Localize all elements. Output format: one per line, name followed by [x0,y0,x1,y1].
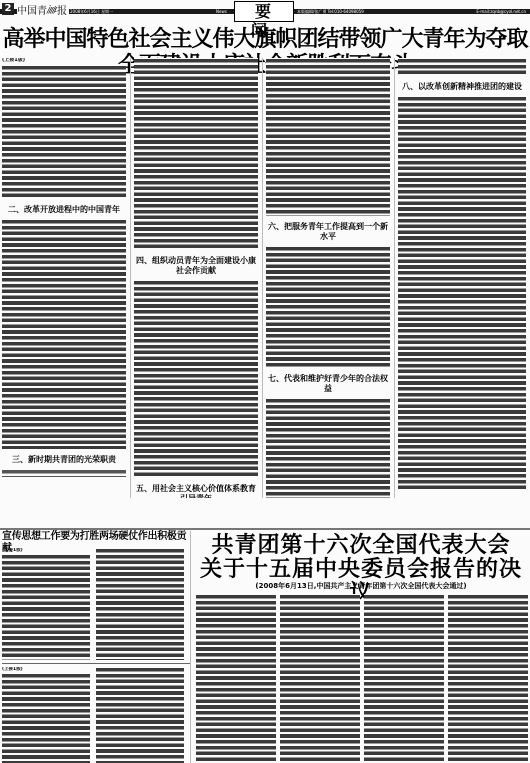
page-number: 2 [2,3,14,15]
second-article-column-2 [96,548,184,660]
body-text [364,594,444,763]
resolution-column-1 [196,594,276,763]
resolution-column-4 [448,594,528,763]
column-rule [130,58,131,498]
column-rule [262,58,263,498]
body-text [2,219,126,449]
editor-email: E-mail:zqnb@cyol.net.cn [476,8,526,15]
column-rule [190,531,191,763]
resolution-subtitle: (2008年6月13日,中国共产主义青年团第十六次全国代表大会通过) [192,582,530,591]
body-text [134,280,258,478]
body-text [2,65,126,199]
article-column-2: 四、组织动员青年为全面建设小康社会作贡献 五、用社会主义核心价值体系教育引导青年 [134,58,258,498]
issue-date: 2008年6月16日 星期一 [70,8,113,15]
main-article-body: (上接1版) 二、改革开放进程中的中国青年 三、新时期共青团的光荣职责 四、组织… [2,58,528,498]
section-heading-6: 六、把服务青年工作提高到一个新水平 [266,222,390,242]
body-text [134,58,258,250]
editor-contact: 本版编辑/张广勇 Tel:010-64098059 [297,8,364,15]
body-text [196,594,276,763]
body-text [280,594,360,763]
article-column-3: 六、把服务青年工作提高到一个新水平 七、代表和维护好青少年的合法权益 [266,58,390,498]
section-heading-3: 三、新时期共青团的光荣职责 [2,455,126,465]
article-divider [2,663,190,664]
body-text [2,469,126,477]
paper-logo: 中国青年报 [17,2,69,17]
section-heading-7: 七、代表和维护好青少年的合法权益 [266,374,390,394]
column-rule [394,58,395,498]
body-text [96,548,184,660]
section-heading-4: 四、组织动员青年为全面建设小康社会作贡献 [134,256,258,276]
second-article-column-1: (上接1版) [2,548,90,660]
resolution-column-2 [280,594,360,763]
newspaper-page: 2 中国青年报 ///// 2008年6月16日 星期一 News 要闻 本版编… [0,0,530,763]
body-text [398,58,526,76]
masthead: 2 中国青年报 ///// 2008年6月16日 星期一 News 要闻 本版编… [0,0,530,22]
resolution-title-line-1: 共青团第十六次全国代表大会 [192,534,530,558]
slash-decoration: ///// [47,6,55,15]
section-title: 要闻 [234,1,294,22]
body-text [398,96,526,490]
body-text [2,673,90,763]
body-text [448,594,528,763]
third-article-column-1: (上接1版) [2,667,90,763]
section-heading-2: 二、改革开放进程中的中国青年 [2,205,126,215]
resolution-column-3 [364,594,444,763]
body-text [266,246,390,368]
continued-label: (上接1版) [2,58,126,64]
body-text [266,58,390,216]
body-text [266,398,390,498]
article-column-1: (上接1版) 二、改革开放进程中的中国青年 三、新时期共青团的光荣职责 [2,58,126,498]
news-label: News [216,8,227,15]
body-text [96,667,184,763]
article-column-4: 八、以改革创新精神推进团的建设 [398,58,526,498]
section-heading-8: 八、以改革创新精神推进团的建设 [398,82,526,92]
body-text [2,554,90,660]
third-article-column-2 [96,667,184,763]
section-divider [0,528,530,530]
section-heading-5: 五、用社会主义核心价值体系教育引导青年 [134,484,258,498]
